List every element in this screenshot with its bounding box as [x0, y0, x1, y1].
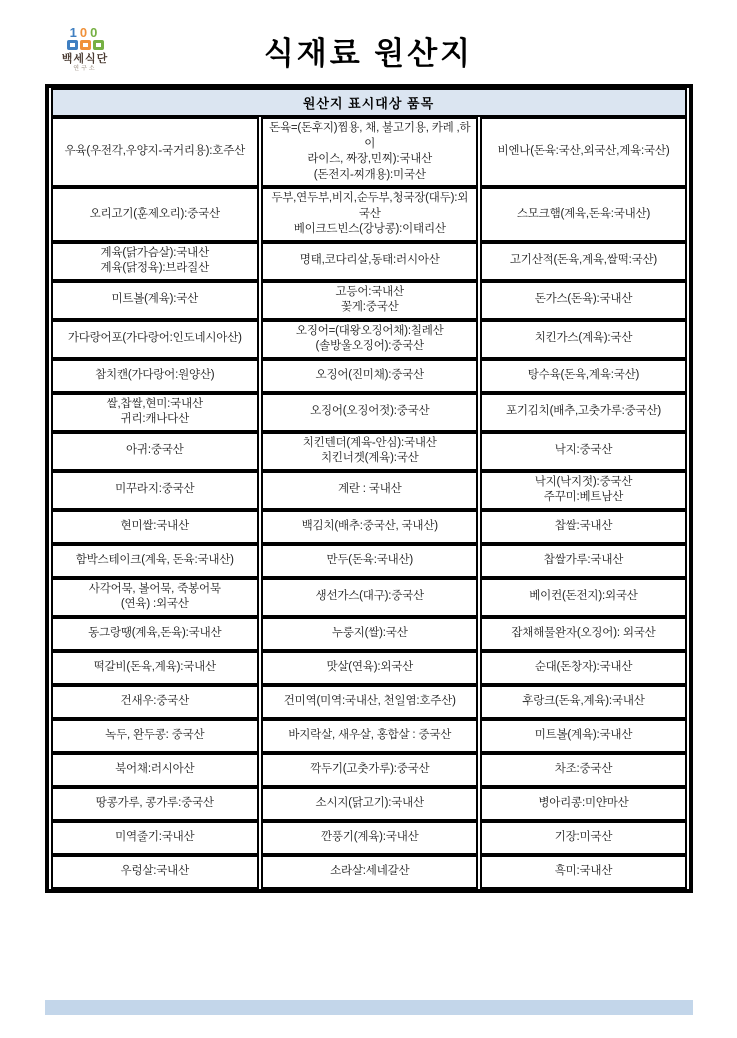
table-cell: 생선가스(대구):중국산 — [261, 578, 478, 617]
table-cell: 현미쌀:국내산 — [51, 510, 260, 544]
table-cell: 미꾸라지:중국산 — [51, 471, 260, 510]
table-cell: 탕수육(돈육,계육:국산) — [480, 359, 686, 393]
table-row: 가다랑어포(가다랑어:인도네시아산)오징어=(대왕오징어채):칠레산(솔방울오징… — [51, 320, 687, 359]
table-row: 참치캔(가다랑어:원양산)오징어(진미채):중국산탕수육(돈육,계육:국산) — [51, 359, 687, 393]
table-row: 함박스테이크(계육, 돈육:국내산)만두(돈육:국내산)찹쌀가루:국내산 — [51, 544, 687, 578]
table-cell: 북어채:러시아산 — [51, 753, 260, 787]
table-cell: 고기산적(돈육,계육,쌀떡:국산) — [480, 242, 686, 281]
logo-green-box-icon — [93, 40, 104, 50]
table-cell: 건미역(미역:국내산, 천일염:호주산) — [261, 685, 478, 719]
logo-brand-name: 백세식단 — [48, 54, 122, 65]
table-cell: 오리고기(훈제오리):중국산 — [51, 187, 260, 242]
table-cell: 흑미:국내산 — [480, 855, 686, 889]
table-header-row: 원산지 표시대상 품목 — [51, 88, 687, 117]
table-cell: 백김치(배추:중국산, 국내산) — [261, 510, 478, 544]
table-cell: 기장:미국산 — [480, 821, 686, 855]
table-row: 미트볼(계육):국산고등어:국내산꽃게:중국산돈가스(돈육):국내산 — [51, 281, 687, 320]
table-cell: 스모크햄(계육,돈육:국내산) — [480, 187, 686, 242]
table-row: 동그랑땡(계육,돈육):국내산누룽지(쌀):국산잡채해물완자(오징어): 외국산 — [51, 617, 687, 651]
table-row: 쌀,찹쌀,현미:국내산귀리:캐나다산오징어(오징어젓):중국산포기김치(배추,고… — [51, 393, 687, 432]
table-cell: 누룽지(쌀):국산 — [261, 617, 478, 651]
document-page: 100 백세식단 연구소 식재료 원산지 원산지 표시대상 품목 우육(우전각,… — [0, 0, 737, 1038]
table-cell: 바지락살, 새우살, 홍합살 : 중국산 — [261, 719, 478, 753]
table-row: 우육(우전각,우양지-국거리용):호주산돈육=(돈후지)찜용, 채, 불고기용,… — [51, 117, 687, 187]
table-cell: 포기김치(배추,고춧가루:중국산) — [480, 393, 686, 432]
table-row: 아귀:중국산치킨텐더(계육-안심):국내산치킨너겟(계육):국산낙지:중국산 — [51, 432, 687, 471]
logo-blue-box-icon — [67, 40, 78, 50]
table-cell: 오징어(진미채):중국산 — [261, 359, 478, 393]
table-row: 현미쌀:국내산백김치(배추:중국산, 국내산)찹쌀:국내산 — [51, 510, 687, 544]
table-cell: 녹두, 완두콩: 중국산 — [51, 719, 260, 753]
origin-table: 원산지 표시대상 품목 우육(우전각,우양지-국거리용):호주산돈육=(돈후지)… — [45, 84, 693, 893]
table-body: 우육(우전각,우양지-국거리용):호주산돈육=(돈후지)찜용, 채, 불고기용,… — [51, 117, 687, 889]
table-cell: 고등어:국내산꽃게:중국산 — [261, 281, 478, 320]
table-cell: 쌀,찹쌀,현미:국내산귀리:캐나다산 — [51, 393, 260, 432]
table-cell: 병아리콩:미얀마산 — [480, 787, 686, 821]
table-row: 미역줄기:국내산깐풍기(계육):국내산기장:미국산 — [51, 821, 687, 855]
table-cell: 돈육=(돈후지)찜용, 채, 불고기용, 카레 ,하이라이스, 짜장,민찌):국… — [261, 117, 478, 187]
table-row: 북어채:러시아산깍두기(고춧가루):중국산차조:중국산 — [51, 753, 687, 787]
table-cell: 오징어(오징어젓):중국산 — [261, 393, 478, 432]
table-row: 사각어묵, 볼어묵, 죽봉어묵(연육) :외국산생선가스(대구):중국산베이컨(… — [51, 578, 687, 617]
table-cell: 오징어=(대왕오징어채):칠레산(솔방울오징어):중국산 — [261, 320, 478, 359]
table-cell: 낙지(낙지젓):중국산주꾸미:베트남산 — [480, 471, 686, 510]
logo: 100 백세식단 연구소 — [48, 26, 122, 72]
table-cell: 돈가스(돈육):국내산 — [480, 281, 686, 320]
table-cell: 미트볼(계육):국산 — [51, 281, 260, 320]
next-page-header-band — [45, 1000, 693, 1015]
logo-100-text: 100 — [48, 26, 122, 39]
table-cell: 가다랑어포(가다랑어:인도네시아산) — [51, 320, 260, 359]
table-cell: 함박스테이크(계육, 돈육:국내산) — [51, 544, 260, 578]
logo-sub-name: 연구소 — [48, 66, 122, 72]
logo-orange-box-icon — [80, 40, 91, 50]
table-cell: 사각어묵, 볼어묵, 죽봉어묵(연육) :외국산 — [51, 578, 260, 617]
table-cell: 참치캔(가다랑어:원양산) — [51, 359, 260, 393]
table-cell: 후랑크(돈육,계육):국내산 — [480, 685, 686, 719]
table-cell: 베이컨(돈전지):외국산 — [480, 578, 686, 617]
table-cell: 순대(돈창자):국내산 — [480, 651, 686, 685]
table-row: 떡갈비(돈육,계육):국내산맛살(연육):외국산순대(돈창자):국내산 — [51, 651, 687, 685]
table-cell: 미역줄기:국내산 — [51, 821, 260, 855]
table-cell: 깐풍기(계육):국내산 — [261, 821, 478, 855]
table-cell: 맛살(연육):외국산 — [261, 651, 478, 685]
table-cell: 비엔나(돈육:국산,외국산,계육:국산) — [480, 117, 686, 187]
table-cell: 치킨텐더(계육-안심):국내산치킨너겟(계육):국산 — [261, 432, 478, 471]
table-cell: 낙지:중국산 — [480, 432, 686, 471]
table-cell: 미트볼(계육):국내산 — [480, 719, 686, 753]
table-row: 미꾸라지:중국산계란 : 국내산낙지(낙지젓):중국산주꾸미:베트남산 — [51, 471, 687, 510]
table-cell: 계육(닭가슴살):국내산계육(닭정육):브라질산 — [51, 242, 260, 281]
table-cell: 동그랑땡(계육,돈육):국내산 — [51, 617, 260, 651]
table-row: 오리고기(훈제오리):중국산두부,연두부,비지,순두부,청국장(대두):외국산베… — [51, 187, 687, 242]
table-cell: 우렁살:국내산 — [51, 855, 260, 889]
table-cell: 떡갈비(돈육,계육):국내산 — [51, 651, 260, 685]
table-cell: 찹쌀가루:국내산 — [480, 544, 686, 578]
table-cell: 차조:중국산 — [480, 753, 686, 787]
table-cell: 아귀:중국산 — [51, 432, 260, 471]
table-row: 우렁살:국내산소라살:세네갈산흑미:국내산 — [51, 855, 687, 889]
table-cell: 만두(돈육:국내산) — [261, 544, 478, 578]
table-cell: 찹쌀:국내산 — [480, 510, 686, 544]
table-row: 녹두, 완두콩: 중국산바지락살, 새우살, 홍합살 : 중국산미트볼(계육):… — [51, 719, 687, 753]
table-cell: 소시지(닭고기):국내산 — [261, 787, 478, 821]
table-cell: 소라살:세네갈산 — [261, 855, 478, 889]
document-header: 100 백세식단 연구소 식재료 원산지 — [0, 0, 737, 84]
table-cell: 명태,코다리살,동태:러시아산 — [261, 242, 478, 281]
table-row: 건새우:중국산건미역(미역:국내산, 천일염:호주산)후랑크(돈육,계육):국내… — [51, 685, 687, 719]
table-cell: 땅콩가루, 콩가루:중국산 — [51, 787, 260, 821]
table-row: 땅콩가루, 콩가루:중국산소시지(닭고기):국내산병아리콩:미얀마산 — [51, 787, 687, 821]
table-cell: 치킨가스(계육):국산 — [480, 320, 686, 359]
table-header: 원산지 표시대상 품목 — [51, 88, 687, 117]
logo-marks — [48, 40, 122, 52]
table-cell: 두부,연두부,비지,순두부,청국장(대두):외국산베이크드빈스(강낭콩):이태리… — [261, 187, 478, 242]
table-cell: 잡채해물완자(오징어): 외국산 — [480, 617, 686, 651]
table-row: 계육(닭가슴살):국내산계육(닭정육):브라질산명태,코다리살,동태:러시아산고… — [51, 242, 687, 281]
table-cell: 계란 : 국내산 — [261, 471, 478, 510]
table-cell: 깍두기(고춧가루):중국산 — [261, 753, 478, 787]
table-cell: 우육(우전각,우양지-국거리용):호주산 — [51, 117, 260, 187]
table-cell: 건새우:중국산 — [51, 685, 260, 719]
